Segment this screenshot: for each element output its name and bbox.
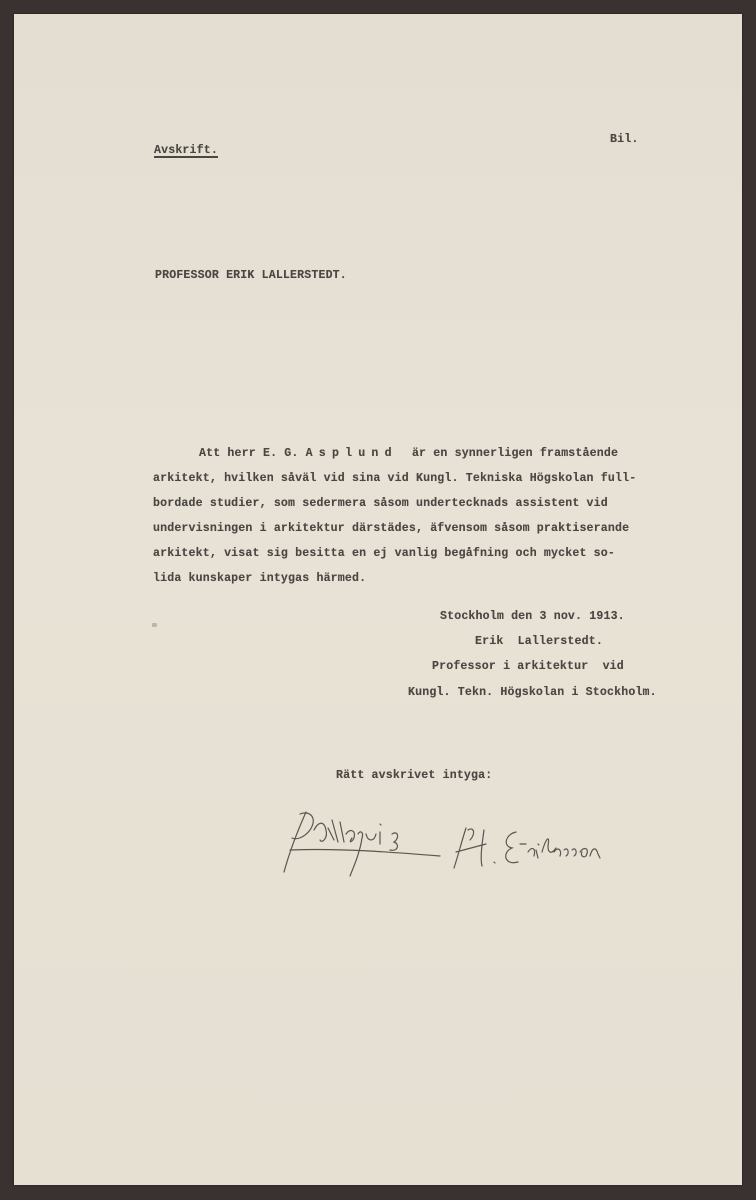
asplund-spaced-name: Asplund	[306, 447, 398, 460]
body-line-6: lida kunskaper intygas härmed.	[153, 572, 366, 586]
paper-speck	[152, 623, 157, 627]
body-line-2: arkitekt, hvilken såväl vid sina vid Kun…	[153, 472, 636, 486]
body-line-5: arkitekt, visat sig besitta en ej vanlig…	[153, 547, 615, 561]
header-avskrift: Avskrift.	[154, 144, 218, 158]
certification-text: Rätt avskrivet intyga:	[336, 769, 492, 783]
addressee: PROFESSOR ERIK LALLERSTEDT.	[155, 269, 347, 283]
document-page	[14, 14, 742, 1185]
handwritten-signatures	[270, 800, 630, 890]
header-bil: Bil.	[610, 133, 638, 147]
body-line-1-prefix: Att herr E. G.	[199, 447, 306, 460]
body-line-4: undervisningen i arkitektur därstädes, ä…	[153, 522, 629, 536]
place-date: Stockholm den 3 nov. 1913.	[440, 610, 625, 624]
body-line-1-suffix: är en synnerligen framstående	[398, 447, 618, 460]
body-line-3: bordade studier, som sedermera såsom und…	[153, 497, 608, 511]
signer-institution: Kungl. Tekn. Högskolan i Stockholm.	[408, 686, 657, 700]
signer-title: Professor i arkitektur vid	[432, 660, 624, 674]
body-line-1: Att herr E. G. Asplund är en synnerligen…	[199, 447, 618, 461]
signature-icon	[270, 800, 630, 890]
signer-name: Erik Lallerstedt.	[475, 635, 603, 649]
